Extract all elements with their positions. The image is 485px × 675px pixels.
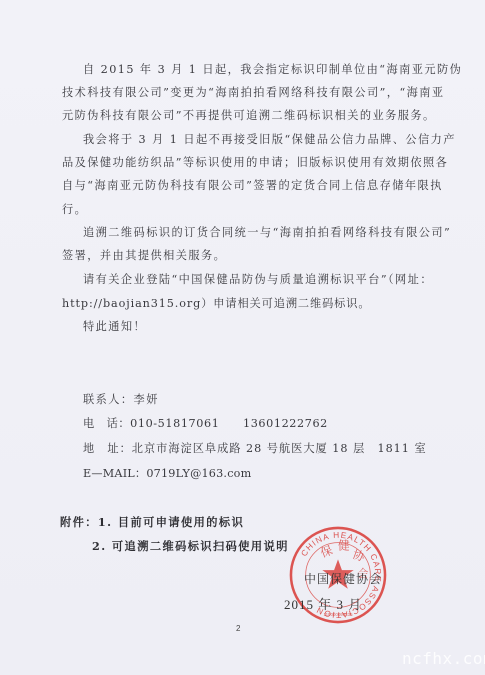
contact-address: 地 址：北京市海淀区阜成路 28 号航医大厦 18 层 1811 室 [83,442,427,456]
paragraph-3-line-2: 签署，并由其提供相关服务。 [62,249,226,263]
attachment-item-1: 附件：1. 目前可申请使用的标识 [60,515,244,529]
paragraph-2-line-1: 我会将于 3 月 1 日起不再接受旧版“保健品公信力品牌、公信力产 [83,133,456,147]
attachment-item-2: 2. 可追溯二维码标识扫码使用说明 [92,539,289,553]
contact-email: E—MAIL：0719LY@163.com [83,467,251,481]
page-number: 2 [236,624,240,633]
paragraph-1-line-2: 技术科技有限公司”变更为“海南拍拍看网络科技有限公司”，“海南亚 [62,86,445,100]
paragraph-4-line-1: 请有关企业登陆“中国保健品防伪与质量追溯标识平台”（网址： [83,273,433,287]
paragraph-1-line-1: 自 2015 年 3 月 1 日起，我会指定标识印制单位由“海南亚元防伪 [83,63,462,77]
closing-notice: 特此通知！ [83,320,146,334]
paragraph-2-line-3: 自与“海南亚元防伪科技有限公司”签署的定货合同上信息存储年限执 [62,179,443,193]
paragraph-2-line-2: 品及保健功能纺织品”等标识使用的申请；旧版标识使用有效期依照各 [62,156,448,170]
paragraph-1-line-3: 元防伪科技有限公司”不再提供可追溯二维码标识相关的业务服务。 [62,109,436,123]
contact-person: 联系人：李妍 [83,393,159,407]
site-watermark: ncfhx.com [402,649,485,668]
paragraph-4-line-2: http://baojian315.org）申请相关可追溯二维码标识。 [62,297,370,311]
signature-org: 中国保健协会 [304,570,382,587]
svg-text:协: 协 [351,547,368,565]
document-page: 自 2015 年 3 月 1 日起，我会指定标识印制单位由“海南亚元防伪 技术科… [0,0,485,675]
svg-text:保: 保 [319,543,335,560]
svg-text:健: 健 [338,539,350,553]
signature-date: 2015 年 3 月 [284,594,362,613]
contact-phone: 电 话：010-51817061 13601222762 [83,417,328,431]
paragraph-3-line-1: 追溯二维码标识的订货合同统一与“海南拍拍看网络科技有限公司” [83,226,451,240]
paragraph-2-line-4: 行。 [62,203,87,217]
